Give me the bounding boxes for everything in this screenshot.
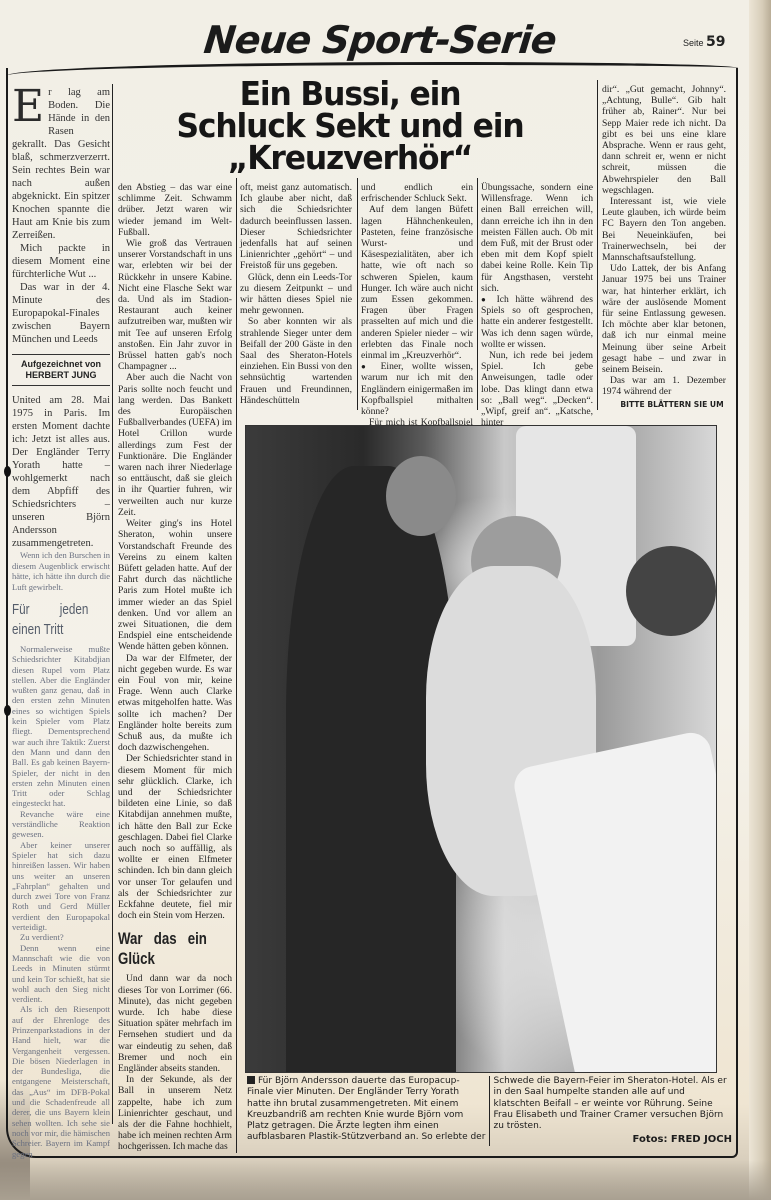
- paragraph: Aber auch die Nacht von Paris sollte noc…: [118, 372, 232, 518]
- column-rule: [236, 178, 237, 1153]
- bottom-shadow: [0, 1160, 771, 1200]
- drop-cap: E: [12, 88, 44, 126]
- paragraph: Udo Lattek, der bis Anfang Januar 1975 b…: [602, 263, 726, 375]
- paragraph: Denn wenn eine Mannschaft wie die von Le…: [12, 943, 110, 1005]
- column-2: den Abstieg – das war eine schlimme Zeit…: [118, 182, 232, 1153]
- caption-square-icon: [247, 1076, 255, 1084]
- paragraph: Interessant ist, wie viele Leute glauben…: [602, 196, 726, 263]
- bullet-icon: ●: [481, 295, 490, 304]
- paragraph: und endlich ein erfrischender Schluck Se…: [361, 182, 473, 204]
- column-4: und endlich ein erfrischender Schluck Se…: [361, 182, 473, 440]
- paragraph: Glück, denn ein Leeds-Tor zu diesem Zeit…: [240, 272, 352, 317]
- page-number: Seite 59: [683, 34, 726, 50]
- binder-hole: [4, 466, 11, 477]
- paragraph: Das war in der 4. Minute des Europapokal…: [12, 281, 110, 346]
- column-rule: [357, 178, 358, 410]
- paragraph: Übungssache, sondern eine Willensfrage. …: [481, 182, 593, 294]
- paragraph: Mich packte in diesem Moment eine fürcht…: [12, 242, 110, 281]
- page-label: Seite: [683, 38, 704, 48]
- photo-credit: Fotos: FRED JOCH: [494, 1134, 733, 1145]
- article-headline: Ein Bussi, ein Schluck Sekt und ein „Kre…: [132, 78, 569, 174]
- column-5: Übungssache, sondern eine Willensfrage. …: [481, 182, 593, 428]
- photo-figure-head: [386, 456, 456, 536]
- faded-text-block: Normalerweise mußte Schiedsrichter Kitab…: [12, 644, 110, 1159]
- column-rule: [112, 84, 113, 1124]
- paragraph: So aber konnten wir als strahlende Siege…: [240, 316, 352, 406]
- byline-author: HERBERT JUNG: [12, 370, 110, 381]
- paragraph: Aber keiner unserer Spieler hat sich daz…: [12, 840, 110, 933]
- paragraph: Das war am 1. Dezember 1974 während der: [602, 375, 726, 397]
- intro-column: E r lag am Boden. Die Hände in den Rasen…: [12, 86, 110, 1159]
- paragraph-text: Einer, wollte wissen, warum nur ich mit …: [361, 361, 473, 417]
- page-edge: [749, 0, 771, 1200]
- paragraph: Revanche wäre eine verständliche Reaktio…: [12, 809, 110, 840]
- caption-text: Für Björn Andersson dauerte das Europacu…: [247, 1076, 727, 1142]
- photo-caption: Für Björn Andersson dauerte das Europacu…: [247, 1076, 732, 1146]
- paragraph-text: Ich hätte während des Spiels so oft gesp…: [481, 294, 593, 350]
- turn-page-note: BITTE BLÄTTERN SIE UM: [612, 400, 732, 409]
- paragraph: In der Sekunde, als der Ball in unserem …: [118, 1074, 232, 1152]
- subheading: Für jeden einen Tritt: [12, 600, 88, 640]
- paragraph: Wenn ich den Burschen in diesem Augenbli…: [12, 550, 110, 592]
- bullet-icon: ●: [361, 362, 372, 371]
- paragraph: oft, meist ganz automatisch. Ich glaube …: [240, 182, 352, 272]
- paragraph: Auf dem langen Büfett lagen Hähnchenkeul…: [361, 204, 473, 361]
- photo-figure-woman-hair: [626, 546, 716, 636]
- page-number-value: 59: [706, 34, 725, 50]
- headline-line: „Kreuzverhör“: [132, 142, 569, 174]
- photo-table-cloth: [511, 729, 717, 1073]
- binder-hole: [4, 705, 11, 716]
- bullet-paragraph: ● Einer, wollte wissen, warum nur ich mi…: [361, 361, 473, 417]
- paragraph: United am 28. Mai 1975 in Paris. Im erst…: [12, 394, 110, 550]
- paragraph: Wie groß das Vertrauen unserer Vorstands…: [118, 238, 232, 372]
- column-rule: [597, 80, 598, 410]
- column-3: oft, meist ganz automatisch. Ich glaube …: [240, 182, 352, 406]
- byline: Aufgezeichnet von HERBERT JUNG: [12, 354, 110, 386]
- bullet-paragraph: ● Ich hätte während des Spiels so oft ge…: [481, 294, 593, 350]
- paragraph: Nun, ich rede bei jedem Spiel. Ich gebe …: [481, 350, 593, 428]
- paragraph: Und dann war da noch dieses Tor von Lorr…: [118, 973, 232, 1074]
- paragraph: Da war der Elfmeter, der nicht gegeben w…: [118, 653, 232, 754]
- paragraph: Normalerweise mußte Schiedsrichter Kitab…: [12, 644, 110, 809]
- paragraph: Der Schiedsrichter stand in diesem Momen…: [118, 753, 232, 921]
- column-6: dir“. „Gut gemacht, Johnny“. „Achtung, B…: [602, 84, 726, 398]
- paragraph: Als ich den Riesenpott auf der Ehrenloge…: [12, 1004, 110, 1158]
- subheading: War das ein Glück: [118, 929, 207, 969]
- paragraph: Weiter ging's ins Hotel Sheraton, wohin …: [118, 518, 232, 652]
- paragraph: Zu verdient?: [12, 932, 110, 942]
- series-title: Neue Sport-Serie: [138, 18, 623, 62]
- article-photo: [245, 425, 717, 1073]
- byline-label: Aufgezeichnet von: [12, 359, 110, 370]
- paragraph: dir“. „Gut gemacht, Johnny“. „Achtung, B…: [602, 84, 726, 196]
- paragraph: den Abstieg – das war eine schlimme Zeit…: [118, 182, 232, 238]
- column-rule: [477, 178, 478, 410]
